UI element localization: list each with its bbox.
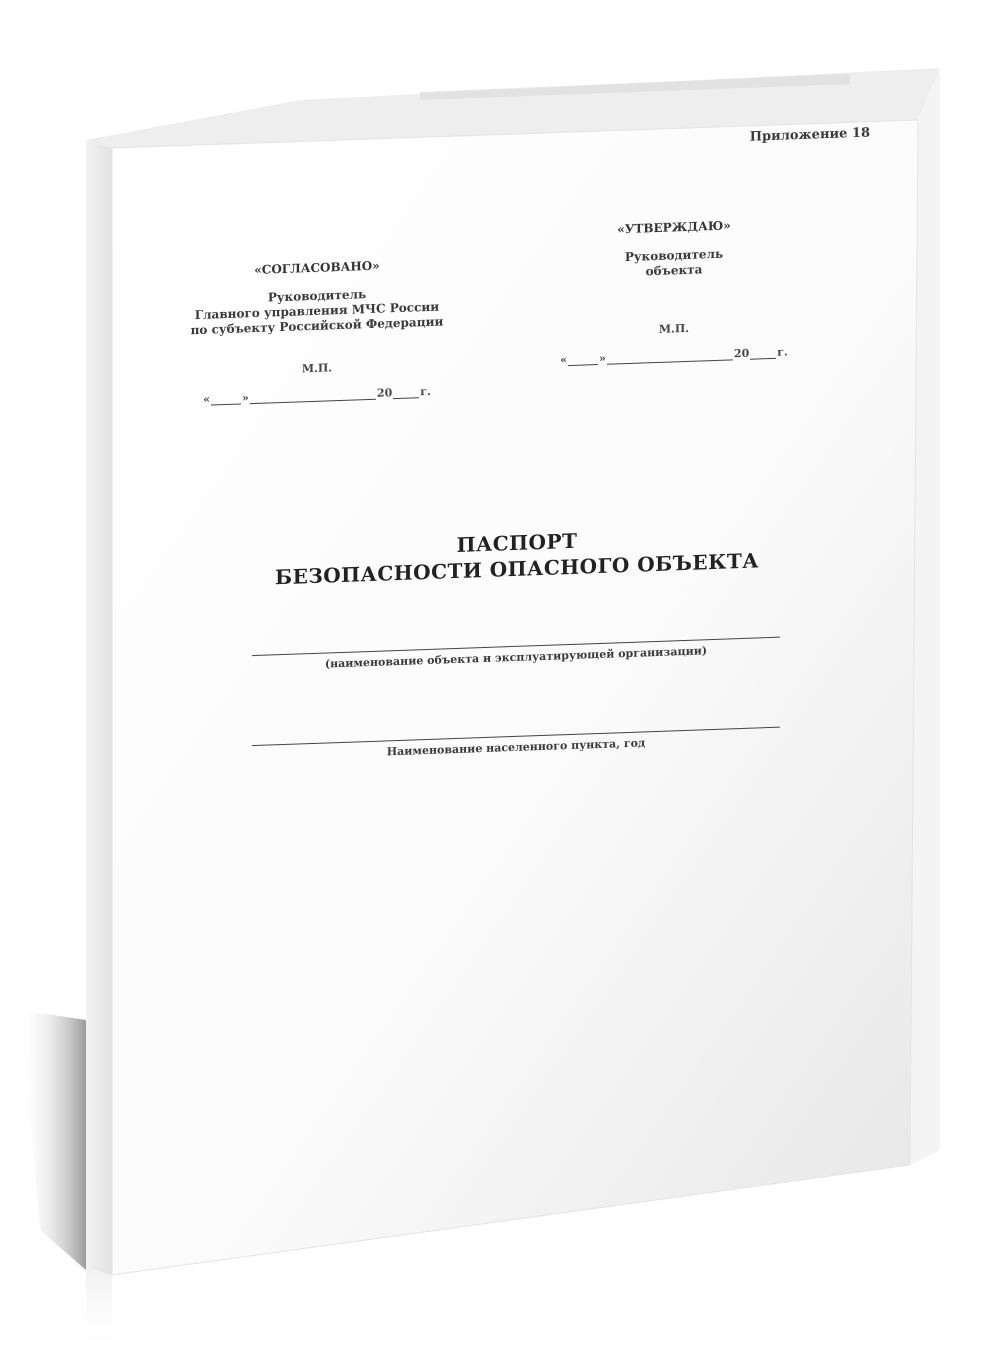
day-blank (211, 393, 241, 405)
close-quote: » (599, 352, 606, 365)
close-quote: » (242, 391, 249, 404)
spine (86, 140, 112, 1275)
agreed-heading: «СОГЛАСОВАНО» (167, 256, 467, 280)
month-blank (607, 349, 733, 364)
year-blank (750, 348, 776, 360)
document-title: ПАСПОРТ БЕЗОПАСНОСТИ ОПАСНОГО ОБЪЕКТА (252, 522, 782, 591)
year-blank (393, 387, 419, 399)
month-blank (250, 389, 376, 404)
year-suffix: г. (420, 385, 431, 398)
product-scene: Приложение 18 «СОГЛАСОВАНО» Руководитель… (0, 0, 1000, 1355)
appendix-label: Приложение 18 (750, 126, 870, 145)
locality-year-field: Наименование населенного пункта, год (252, 727, 780, 763)
approval-block-approved: «УТВЕРЖДАЮ» Руководитель объекта М.П. « … (544, 216, 804, 367)
cover-content: Приложение 18 «СОГЛАСОВАНО» Руководитель… (112, 92, 918, 1180)
date-field: « » 20 г. (544, 345, 804, 367)
date-field: « » 20 г. (167, 384, 467, 407)
reflection (86, 1268, 112, 1355)
stamp-placeholder: М.П. (544, 318, 804, 340)
approved-heading: «УТВЕРЖДАЮ» (544, 216, 804, 239)
century-label: 20 (734, 347, 749, 361)
year-suffix: г. (777, 345, 788, 358)
open-quote: « (203, 393, 210, 406)
approval-block-agreed: «СОГЛАСОВАНО» Руководитель Главного упра… (167, 256, 467, 407)
day-blank (568, 354, 598, 366)
open-quote: « (560, 353, 567, 366)
object-name-field: (наименование объекта и эксплуатирующей … (252, 637, 780, 673)
century-label: 20 (377, 386, 392, 400)
stamp-placeholder: М.П. (167, 357, 467, 380)
cast-shadow (20, 1010, 86, 1270)
